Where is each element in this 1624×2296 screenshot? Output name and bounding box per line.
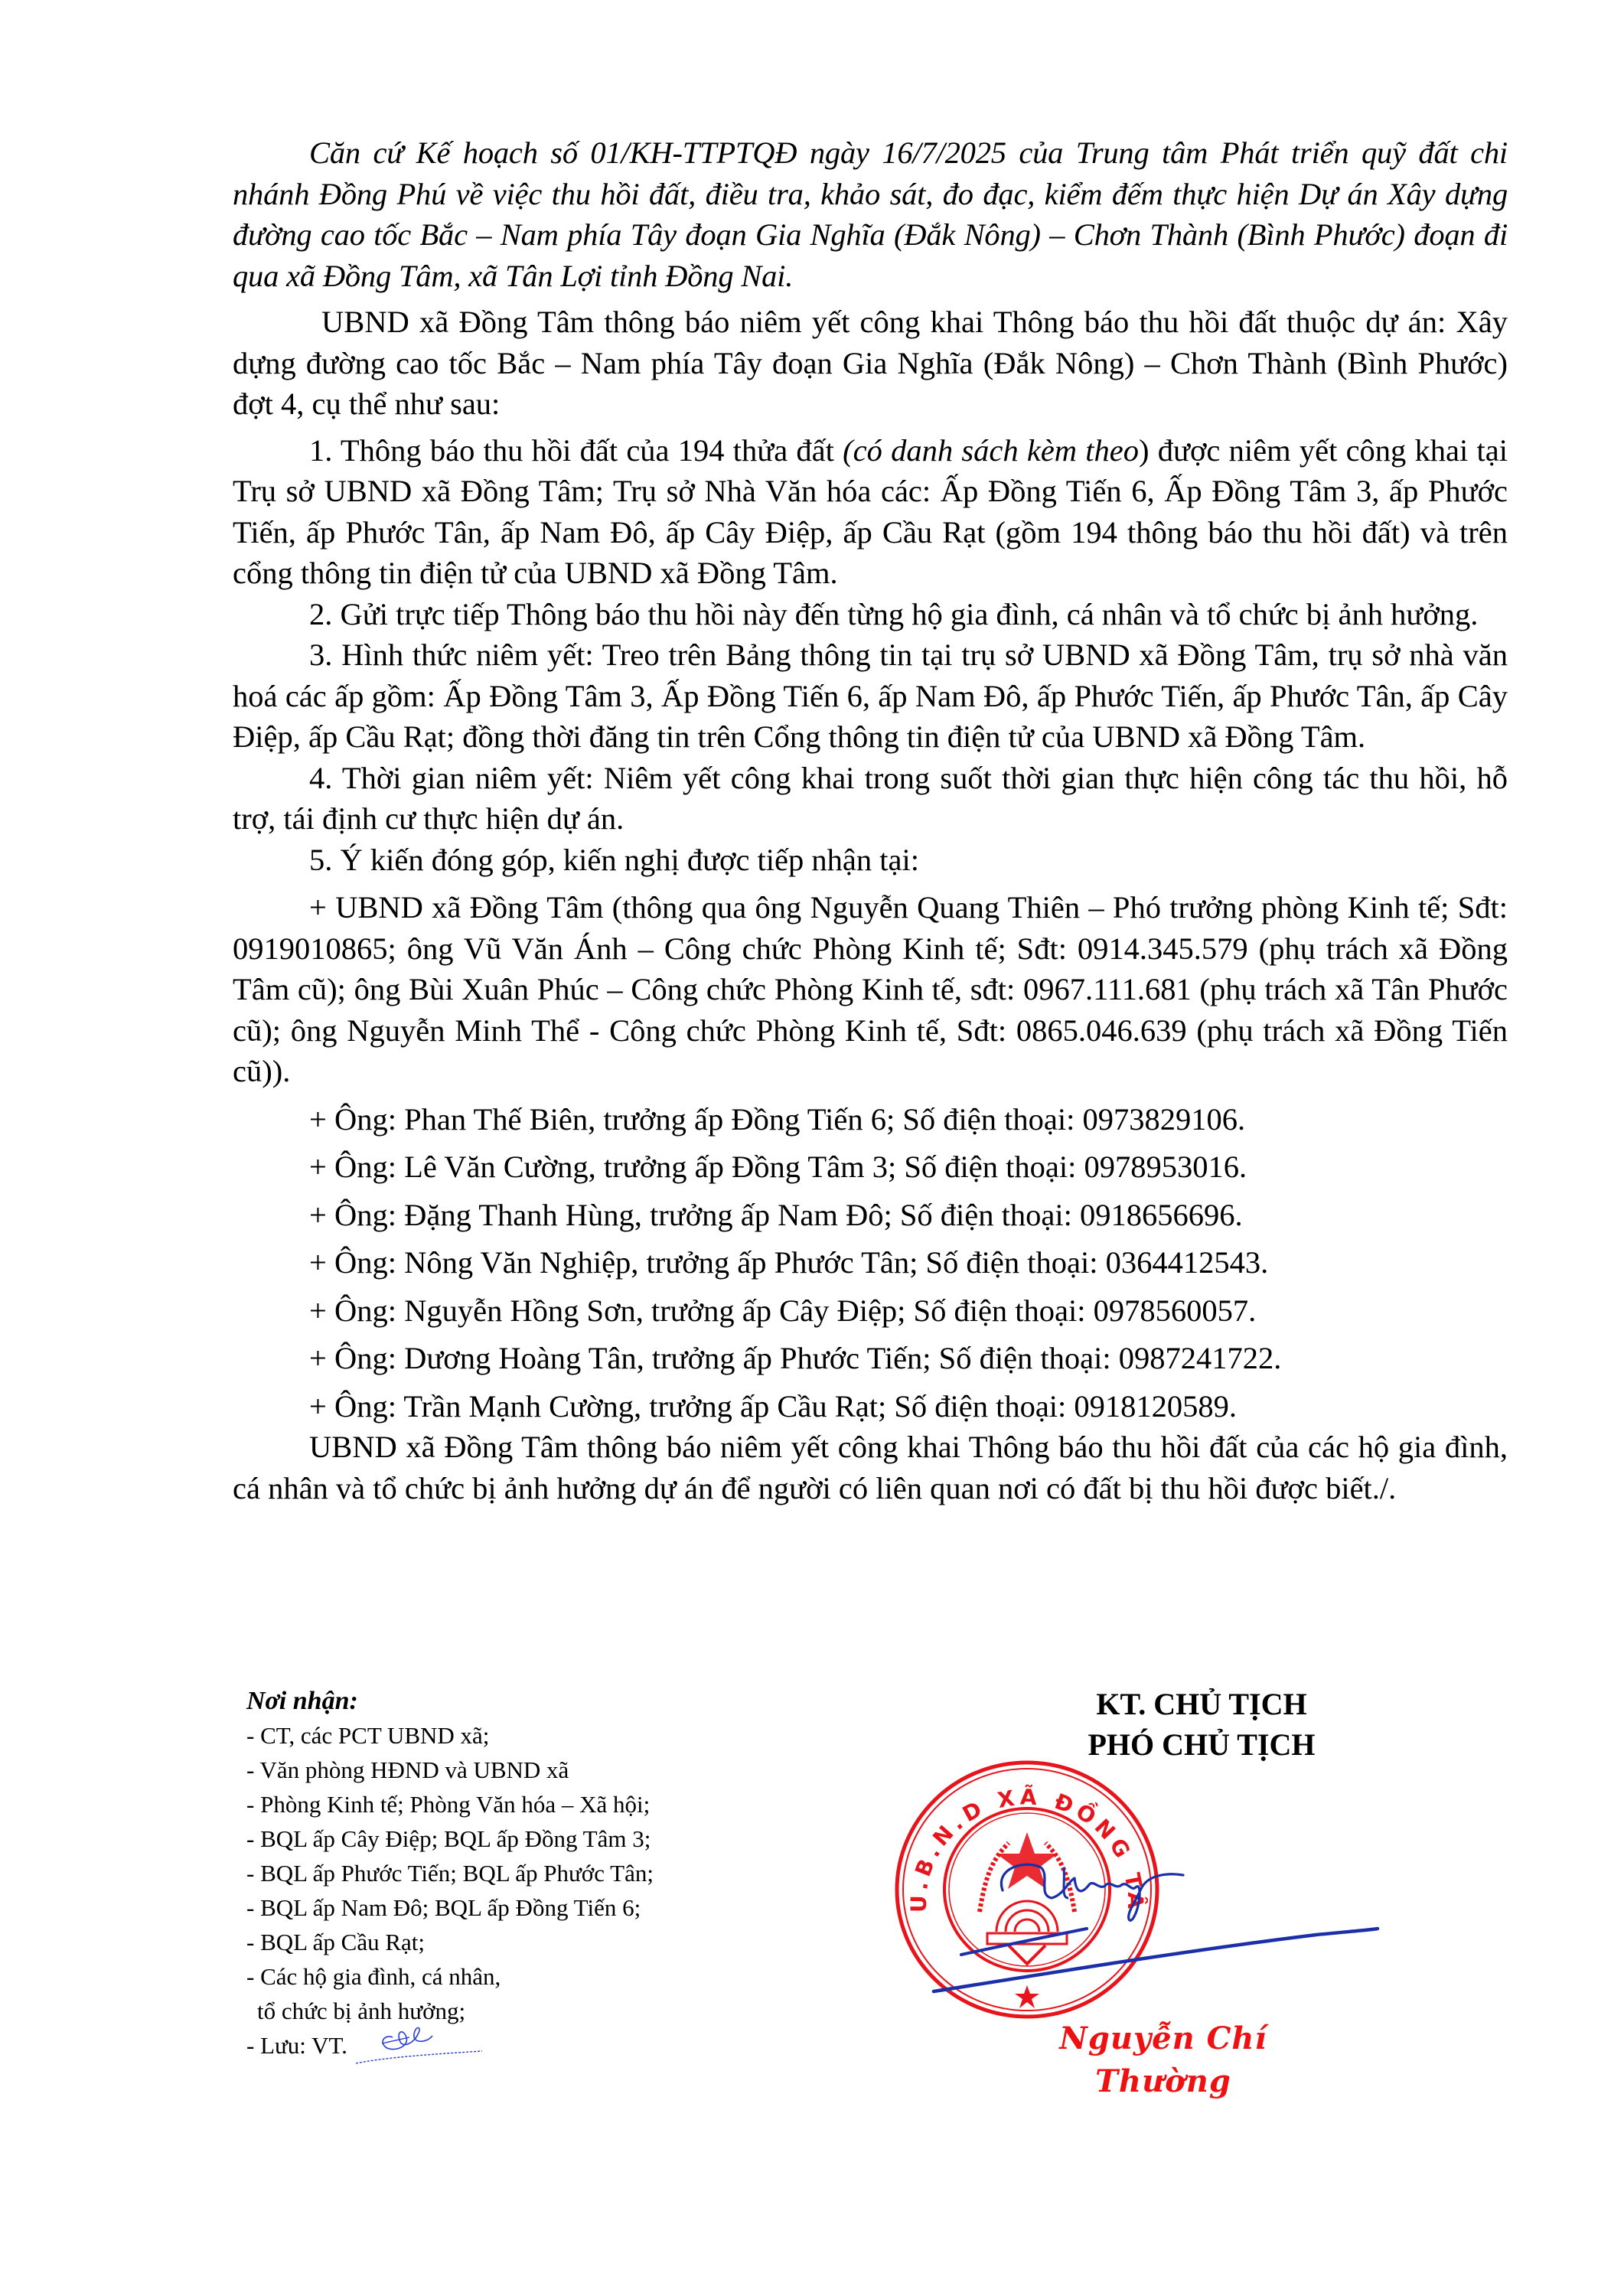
initials-signature-icon [356,2020,494,2066]
contact-row: + Ông: Đặng Thanh Hùng, trưởng ấp Nam Đô… [233,1195,1508,1236]
recipient-item: - BQL ấp Cầu Rạt; [246,1925,828,1959]
item-1-italic-note: (có danh sách kèm theo [843,433,1139,468]
recipients-list: Nơi nhận: - CT, các PCT UBND xã; - Văn p… [246,1684,828,2063]
contact-row: + Ông: Trần Mạnh Cường, trưởng ấp Cầu Rạ… [233,1386,1508,1427]
recipient-item: - BQL ấp Cây Điệp; BQL ấp Đồng Tâm 3; [246,1821,828,1856]
recipients-title: Nơi nhận: [246,1684,828,1718]
item-2: 2. Gửi trực tiếp Thông báo thu hồi này đ… [233,594,1508,635]
closing-paragraph: UBND xã Đồng Tâm thông báo niêm yết công… [233,1427,1508,1508]
signature-block: KT. CHỦ TỊCH PHÓ CHỦ TỊCH [949,1684,1454,1765]
recipient-item: - Các hộ gia đình, cá nhân, [246,1959,828,1994]
item-1-text-a: 1. Thông báo thu hồi đất của 194 thửa đấ… [309,433,843,468]
recipient-item: - BQL ấp Phước Tiến; BQL ấp Phước Tân; [246,1856,828,1890]
contact-row: + Ông: Phan Thế Biên, trưởng ấp Đồng Tiế… [233,1099,1508,1140]
recipient-item: - Văn phòng HĐND và UBND xã [246,1753,828,1787]
contact-row: + Ông: Nguyễn Hồng Sơn, trưởng ấp Cây Đi… [233,1290,1508,1332]
announcement-paragraph: UBND xã Đồng Tâm thông báo niêm yết công… [233,302,1508,425]
contact-row: + Ông: Nông Văn Nghiệp, trưởng ấp Phước … [233,1242,1508,1283]
contact-ubnd: + UBND xã Đồng Tâm (thông qua ông Nguyễn… [233,887,1508,1092]
contact-row: + Ông: Lê Văn Cường, trưởng ấp Đồng Tâm … [233,1146,1508,1188]
item-4: 4. Thời gian niêm yết: Niêm yết công kha… [233,758,1508,840]
recipient-item: - Phòng Kinh tế; Phòng Văn hóa – Xã hội; [246,1787,828,1821]
item-1: 1. Thông báo thu hồi đất của 194 thửa đấ… [233,430,1508,594]
document-body: Căn cứ Kế hoạch số 01/KH-TTPTQĐ ngày 16/… [233,132,1508,1508]
recipient-item: - CT, các PCT UBND xã; [246,1718,828,1753]
recipient-item: - Lưu: VT. [246,2028,828,2063]
contact-row: + Ông: Dương Hoàng Tân, trưởng ấp Phước … [233,1338,1508,1379]
recipient-item-continuation: tổ chức bị ảnh hưởng; [246,1994,828,2028]
handwritten-signature-icon [888,1821,1393,1998]
recipient-item: - BQL ấp Nam Đô; BQL ấp Đồng Tiến 6; [246,1890,828,1925]
item-5: 5. Ý kiến đóng góp, kiến nghị được tiếp … [233,840,1508,881]
signature-title-1: KT. CHỦ TỊCH [949,1684,1454,1724]
signer-name: Nguyễn Chí Thường [987,2017,1339,2103]
legal-basis-paragraph: Căn cứ Kế hoạch số 01/KH-TTPTQĐ ngày 16/… [233,132,1508,296]
item-3: 3. Hình thức niêm yết: Treo trên Bảng th… [233,634,1508,758]
